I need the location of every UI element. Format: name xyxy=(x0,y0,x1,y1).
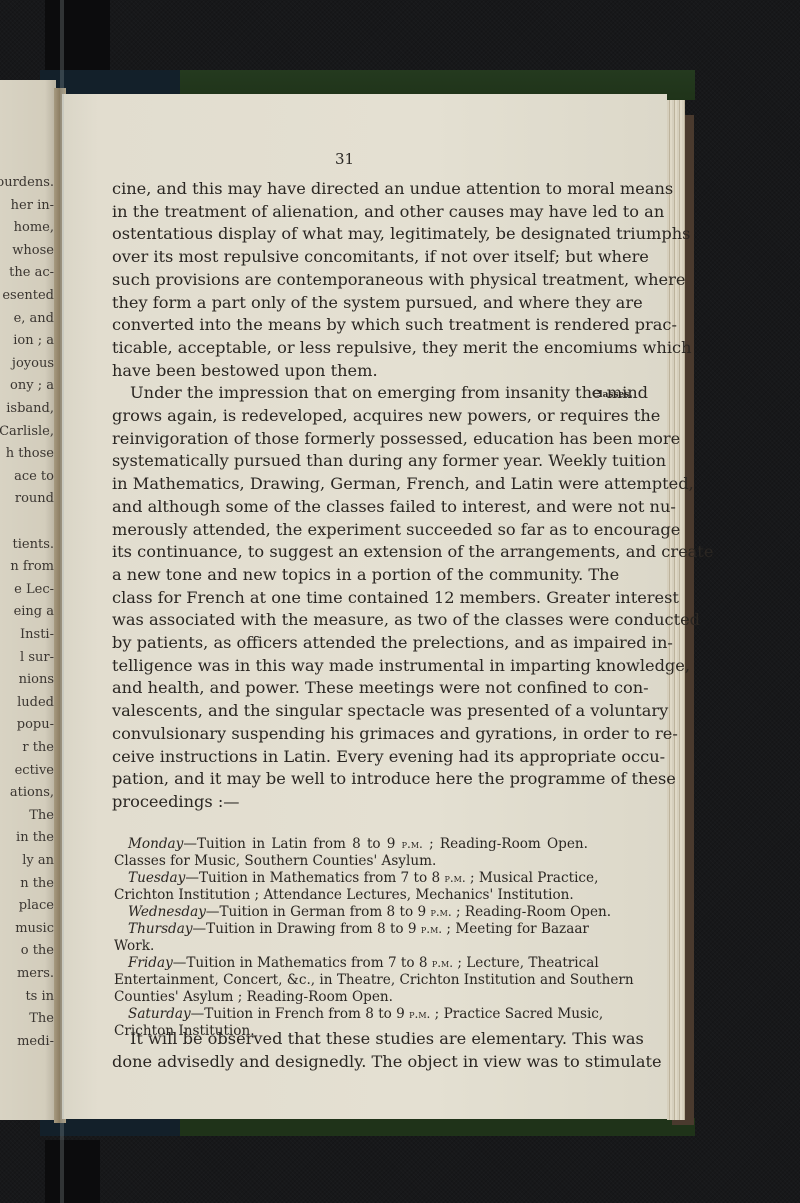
text-line: was associated with the measure, as two … xyxy=(112,609,586,632)
text-line: done advisedly and designedly. The objec… xyxy=(112,1051,586,1074)
left-page-text-fragment: round xyxy=(15,492,54,505)
page-number: 31 xyxy=(335,150,354,168)
text-line: its continuance, to suggest an extension… xyxy=(112,541,586,564)
text-line: telligence was in this way made instrume… xyxy=(112,655,586,678)
text-line: systematically pursued than during any f… xyxy=(112,450,586,473)
margin-sidenote: Classes. xyxy=(592,390,632,400)
text-line: in Mathematics, Drawing, German, French,… xyxy=(112,473,586,496)
text-line: convulsionary suspending his grimaces an… xyxy=(112,723,586,746)
schedule-line: Entertainment, Concert, &c., in Theatre,… xyxy=(114,972,588,989)
left-page-text-fragment: ations, xyxy=(10,786,54,799)
left-page-text-fragment: luded xyxy=(17,696,54,709)
closing-paragraph: It will be observed that these studies a… xyxy=(112,1028,586,1073)
schedule-saturday: Saturday—Tuition in French from 8 to 9 p… xyxy=(114,1006,588,1023)
text-line: they form a part only of the system purs… xyxy=(112,292,586,315)
left-page-text-fragment: her in- xyxy=(11,199,54,212)
schedule-line: Work. xyxy=(114,938,588,955)
left-page-text-fragment: ace to xyxy=(14,470,54,483)
main-text: cine, and this may have directed an undu… xyxy=(112,178,586,814)
text-line: valescents, and the singular spectacle w… xyxy=(112,700,586,723)
left-page-text-fragment: music xyxy=(15,922,54,935)
text-line: pation, and it may be well to introduce … xyxy=(112,768,586,791)
left-page-text-fragment: mers. xyxy=(17,967,54,980)
text-line: Under the impression that on emerging fr… xyxy=(112,382,586,405)
left-page-text-fragment: h those xyxy=(6,447,54,460)
text-line: ceive instructions in Latin. Every eveni… xyxy=(112,746,586,769)
left-page-text-fragment: The xyxy=(29,1012,54,1025)
left-page-text-fragment: r the xyxy=(22,741,54,754)
text-line: a new tone and new topics in a portion o… xyxy=(112,564,586,587)
text-line: such provisions are contemporaneous with… xyxy=(112,269,586,292)
schedule-line: Classes for Music, Southern Counties' As… xyxy=(114,853,588,870)
text-line: merously attended, the experiment succee… xyxy=(112,519,586,542)
left-page-text-fragment: ony ; a xyxy=(10,379,54,392)
left-page-text-fragment: e, and xyxy=(14,312,54,325)
left-page-text-fragment: Carlisle, xyxy=(0,425,54,438)
text-line: by patients, as officers attended the pr… xyxy=(112,632,586,655)
text-line: ticable, acceptable, or less repulsive, … xyxy=(112,337,586,360)
left-page-text-fragment: ourdens. xyxy=(0,176,54,189)
schedule-thursday: Thursday—Tuition in Drawing from 8 to 9 … xyxy=(114,921,588,938)
text-line: and health, and power. These meetings we… xyxy=(112,677,586,700)
page-clamp-bottom xyxy=(45,1140,100,1203)
left-page-text-fragment: place xyxy=(19,899,54,912)
left-page-partial: ourdens.her in-home,whosethe ac-esentede… xyxy=(0,80,56,1120)
left-page-text-fragment: Insti- xyxy=(20,628,54,641)
left-page-text-fragment: n the xyxy=(20,877,54,890)
text-line: cine, and this may have directed an undu… xyxy=(112,178,586,201)
left-page-text-fragment: ective xyxy=(15,764,54,777)
left-page-text-fragment: nions xyxy=(19,673,54,686)
left-page-text-fragment: ion ; a xyxy=(13,334,54,347)
schedule-monday: Monday—Tuition in Latin from 8 to 9 p.m.… xyxy=(114,836,588,853)
text-line: reinvigoration of those formerly possess… xyxy=(112,428,586,451)
text-line: converted into the means by which such t… xyxy=(112,314,586,337)
left-page-text-fragment: The xyxy=(29,809,54,822)
schedule-line: Counties' Asylum ; Reading-Room Open. xyxy=(114,989,588,1006)
left-page-text-fragment: tients. xyxy=(13,538,54,551)
text-line: proceedings :— xyxy=(112,791,586,814)
glass-plate-edge xyxy=(60,0,64,1203)
text-line: It will be observed that these studies a… xyxy=(112,1028,586,1051)
text-line: have been bestowed upon them. xyxy=(112,360,586,383)
schedule-wednesday: Wednesday—Tuition in German from 8 to 9 … xyxy=(114,904,588,921)
left-page-text-fragment: l sur- xyxy=(20,651,54,664)
left-page-text-fragment: eing a xyxy=(14,605,54,618)
text-line: ostentatious display of what may, legiti… xyxy=(112,223,586,246)
left-page-text-fragment: isband, xyxy=(6,402,54,415)
schedule-line: Crichton Institution ; Attendance Lectur… xyxy=(114,887,588,904)
text-line: and although some of the classes failed … xyxy=(112,496,586,519)
schedule-friday: Friday—Tuition in Mathematics from 7 to … xyxy=(114,955,588,972)
left-page-text-fragment: ts in xyxy=(25,990,54,1003)
page-clamp-top xyxy=(45,0,110,70)
text-line: in the treatment of alienation, and othe… xyxy=(112,201,586,224)
left-page-text-fragment: joyous xyxy=(12,357,54,370)
left-page-text-fragment: medi- xyxy=(17,1035,54,1048)
text-line: grows again, is redeveloped, acquires ne… xyxy=(112,405,586,428)
weekly-programme: Monday—Tuition in Latin from 8 to 9 p.m.… xyxy=(114,836,588,1040)
text-line: over its most repulsive concomitants, if… xyxy=(112,246,586,269)
left-page-text-fragment: e Lec- xyxy=(14,583,54,596)
left-page-text-fragment: o the xyxy=(21,944,54,957)
left-page-text-fragment: in the xyxy=(16,831,54,844)
left-page-text-fragment: whose xyxy=(12,244,54,257)
left-page-text-fragment: n from xyxy=(10,560,54,573)
left-page-text-fragment: esented xyxy=(2,289,54,302)
text-line: class for French at one time contained 1… xyxy=(112,587,586,610)
schedule-tuesday: Tuesday—Tuition in Mathematics from 7 to… xyxy=(114,870,588,887)
left-page-text-fragment: home, xyxy=(14,221,54,234)
left-page-text-fragment: popu- xyxy=(17,718,54,731)
left-page-text-fragment: the ac- xyxy=(9,266,54,279)
left-page-text-fragment: ly an xyxy=(22,854,54,867)
book-cover-board-bottom xyxy=(40,1118,695,1136)
